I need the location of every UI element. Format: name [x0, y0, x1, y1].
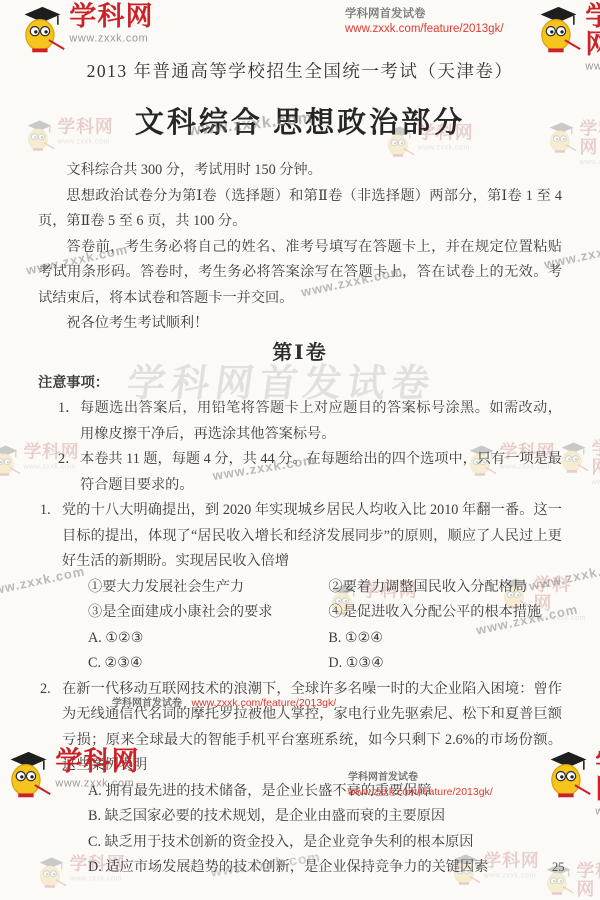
intro-paragraph: 祝各位考生考试顺利！: [38, 311, 562, 337]
intro-paragraph: 文科综合共 300 分，考试用时 150 分钟。: [38, 158, 562, 184]
question-items: ①要大力发展社会生产力 ②要着力调整国民收入分配格局 ③是全面建成小康社会的要求…: [62, 575, 562, 626]
scanned-exam-page: 学科网 www.zxxk.com 学科网 www.zxxk.com 学科网首发试…: [0, 0, 600, 900]
zxxk-mascot-icon: [538, 3, 582, 61]
intro-paragraph: 答卷前，考生务必将自己的姓名、准考号填写在答题卡上，并在规定位置粘贴考试用条形码…: [38, 235, 562, 312]
note-text: 本卷共 11 题，每题 4 分，共 44 分。在每题给出的四个选项中，只有一项是…: [80, 451, 562, 493]
zxxk-logo-url: www.zxxk.com: [579, 157, 600, 166]
question-stem: 党的十八大明确提出，到 2020 年实现城乡居民人均收入比 2010 年翻一番。…: [62, 502, 562, 569]
zxxk-logo-brand: 学科网: [591, 440, 600, 477]
zxxk-logo-url: www.zxxk.com: [595, 804, 600, 817]
stamp-link: www.zxxk.com/feature/2013gk/: [345, 22, 504, 37]
zxxk-logo-url: www.zxxk.com: [57, 137, 113, 146]
note-item: 1． 每题选出答案后，用铅笔将答题卡上对应题目的答案标号涂黑。如需改动，用橡皮擦…: [38, 396, 562, 447]
stamp-title: 学科网首发试卷: [345, 7, 504, 22]
zxxk-logo-url: www.zxxk.com: [69, 31, 153, 44]
page-number: 25: [552, 860, 565, 875]
zxxk-logo-brand: 学科网: [585, 3, 600, 59]
zxxk-logo-brand: 学科网: [417, 124, 473, 143]
zxxk-logo-watermark: 学科网 www.zxxk.com: [560, 440, 600, 486]
zxxk-logo-url: www.zxxk.com: [591, 477, 600, 486]
item-3: ③是全面建成小康社会的要求: [62, 600, 302, 626]
zxxk-mascot-icon: [548, 120, 577, 158]
section-title: 第Ⅰ卷: [38, 339, 562, 367]
option-d: D. ①③④: [302, 651, 562, 677]
zxxk-logo: 学科网 www.zxxk.com: [8, 748, 140, 806]
answer-options: A. ①②③ B. ①②④ C. ②③④ D. ①③④: [62, 626, 562, 677]
note-number: 2．: [58, 447, 79, 473]
zxxk-logo: 学科网 www.zxxk.com: [538, 3, 600, 72]
zxxk-logo: 学科网 www.zxxk.com: [22, 3, 154, 61]
stamp-link: www.zxxk.com/feature/2013gk/: [191, 697, 336, 709]
option-b: B. 缺乏国家必要的技术规划，是企业由盛而衰的主要原因: [62, 804, 562, 830]
feature-stamp: 学科网首发试卷 www.zxxk.com/feature/2013gk/: [348, 770, 493, 800]
zxxk-logo-watermark: 学科网 www.zxxk.com: [26, 118, 114, 156]
item-4: ④是促进收入分配公平的根本措施: [302, 600, 562, 626]
zxxk-logo-brand: 学科网: [576, 862, 600, 899]
option-b: B. ①②④: [302, 626, 562, 652]
option-d: D. 适应市场发展趋势的技术创新，是企业保持竞争力的关键因素: [62, 855, 562, 881]
zxxk-mascot-icon: [26, 118, 55, 156]
zxxk-logo: 学科网 www.zxxk.com: [548, 748, 600, 817]
zxxk-mascot-icon: [0, 443, 21, 481]
notes-heading: 注意事项：: [38, 371, 562, 397]
stamp-title: 学科网首发试卷: [348, 770, 493, 785]
zxxk-logo-url: www.zxxk.com: [55, 776, 139, 789]
note-number: 1．: [58, 396, 79, 422]
option-a: A. ①②③: [62, 626, 302, 652]
zxxk-logo-brand: 学科网: [69, 3, 153, 31]
question-1: 1. 党的十八大明确提出，到 2020 年实现城乡居民人均收入比 2010 年翻…: [38, 498, 562, 677]
zxxk-logo-brand: 学科网: [55, 748, 139, 776]
question-number: 1.: [40, 498, 51, 524]
option-c: C. ②③④: [62, 651, 302, 677]
item-2: ②要着力调整国民收入分配格局: [302, 575, 562, 601]
question-number: 2.: [40, 677, 51, 703]
zxxk-mascot-icon: [22, 3, 66, 61]
zxxk-logo-brand: 学科网: [57, 118, 113, 137]
note-item: 2． 本卷共 11 题，每题 4 分，共 44 分。在每题给出的四个选项中，只有…: [38, 447, 562, 498]
stamp-link: www.zxxk.com/feature/2013gk/: [348, 785, 493, 800]
feature-stamp: 学科网首发试卷 www.zxxk.com/feature/2013gk/: [112, 694, 341, 711]
zxxk-logo-url: www.zxxk.com: [585, 59, 600, 72]
zxxk-logo-brand: 学科网: [579, 120, 600, 157]
stamp-title: 学科网首发试卷: [112, 698, 182, 709]
note-text: 每题选出答案后，用铅笔将答题卡上对应题目的答案标号涂黑。如需改动，用橡皮擦干净后…: [80, 400, 562, 442]
zxxk-mascot-icon: [386, 124, 415, 162]
zxxk-mascot-icon: [560, 440, 589, 478]
item-1: ①要大力发展社会生产力: [62, 575, 302, 601]
zxxk-mascot-icon: [548, 748, 592, 806]
option-c: C. 缺乏用于技术创新的资金投入，是企业竞争失利的根本原因: [62, 830, 562, 856]
zxxk-logo-url: www.zxxk.com: [417, 143, 473, 152]
header-stamp: 学科网首发试卷 www.zxxk.com/feature/2013gk/: [345, 7, 504, 37]
zxxk-logo-watermark: 学科网 www.zxxk.com: [386, 124, 474, 162]
zxxk-mascot-icon: [8, 748, 52, 806]
intro-paragraph: 思想政治试卷分为第Ⅰ卷（选择题）和第Ⅱ卷（非选择题）两部分，第Ⅰ卷 1 至 4 …: [38, 184, 562, 235]
exam-title: 2013 年普通高等学校招生全国统一考试（天津卷）: [0, 58, 600, 83]
zxxk-logo-brand: 学科网: [595, 748, 600, 804]
